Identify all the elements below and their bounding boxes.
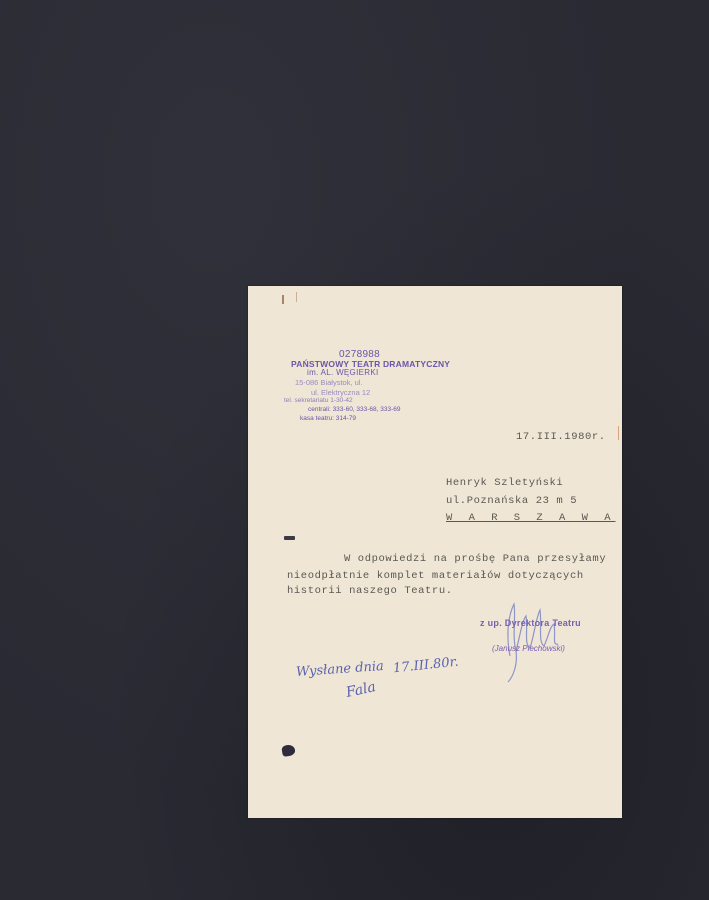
handwritten-sent-date: 17.III.80r. bbox=[392, 655, 459, 677]
signature-title: z up. Dyrektora Teatru bbox=[480, 618, 581, 628]
stamp-tel-secretariat: tel. sekretariatu 1-30-42 bbox=[284, 398, 353, 405]
letter-paper: 0278988 PAŃSTWOWY TEATR DRAMATYCZNY im. … bbox=[248, 286, 622, 818]
letter-date: 17.III.1980r. bbox=[516, 432, 606, 443]
ink-blot bbox=[281, 744, 296, 757]
handwritten-initials: Fala bbox=[345, 679, 378, 701]
body-line: W odpowiedzi na prośbę Pana przesyłamy bbox=[344, 554, 606, 565]
stamp-patron: im. AL. WĘGIERKI bbox=[307, 369, 378, 377]
stamp-address-line2: ul. Elektryczna 12 bbox=[311, 389, 370, 397]
stamp-tel-central: centrali: 333-60, 333-68, 333-69 bbox=[308, 407, 401, 414]
body-line: nieodpłatnie komplet materiałów dotycząc… bbox=[287, 571, 584, 582]
stamp-tel-box-office: kasa teatru: 314-79 bbox=[300, 416, 356, 423]
paper-mark bbox=[282, 295, 284, 304]
signature-name: (Janusz Piechowski) bbox=[492, 644, 565, 653]
body-line: historii naszego Teatru. bbox=[287, 586, 453, 597]
recipient-street: ul.Poznańska 23 m 5 bbox=[446, 496, 577, 507]
stamp-address-line1: 15-086 Białystok, ul. bbox=[295, 379, 363, 387]
ink-blot bbox=[284, 536, 295, 540]
recipient-name: Henryk Szletyński bbox=[446, 478, 563, 489]
handwritten-sent-label: Wysłane dnia bbox=[296, 659, 385, 680]
paper-mark bbox=[296, 292, 297, 302]
paper-mark bbox=[618, 426, 619, 440]
signature-scrawl bbox=[498, 596, 568, 686]
recipient-city: W A R S Z A W A bbox=[446, 513, 616, 524]
